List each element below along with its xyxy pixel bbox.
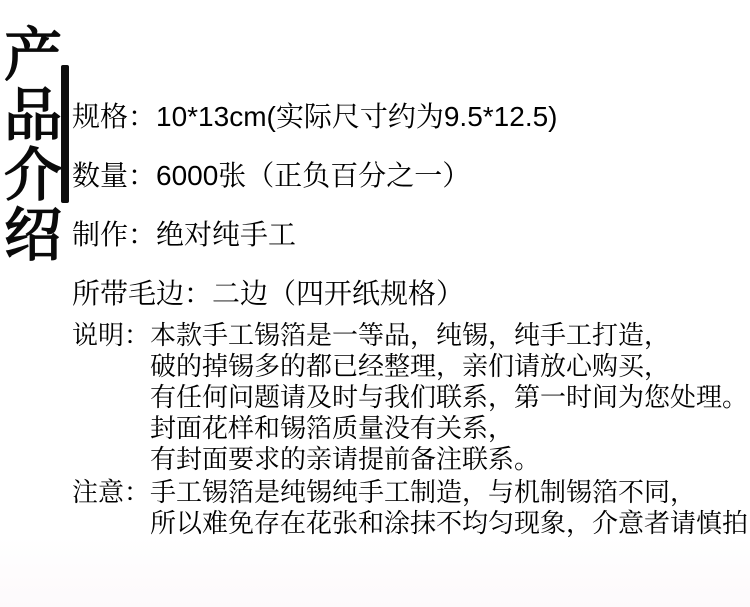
spec-size-label: 规格： <box>72 101 156 132</box>
spec-quantity: 数量：6000张（正负百分之一） <box>72 159 746 193</box>
description-block: 说明： 本款手工锡箔是一等品，纯锡，纯手工打造， 破的掉锡多的都已经整理，亲们请… <box>72 320 746 475</box>
title-char-1: 产 <box>2 26 64 86</box>
spec-craft-value: 绝对纯手工 <box>156 219 296 250</box>
notice-lines: 手工锡箔是纯锡纯手工制造，与机制锡箔不同， 所以难免存在花张和涂抹不均匀现象，介… <box>150 477 748 539</box>
spec-craft-label: 制作： <box>72 219 156 250</box>
description-line: 封面花样和锡箔质量没有关系， <box>150 413 748 444</box>
title-char-4: 绍 <box>2 206 64 266</box>
spec-quantity-value: 6000张（正负百分之一） <box>156 160 470 191</box>
notice-line: 所以难免存在花张和涂抹不均匀现象，介意者请慎拍 <box>150 508 748 539</box>
vertical-title: 产 品 介 绍 <box>2 26 64 266</box>
product-intro-panel: 产 品 介 绍 规格：10*13cm(实际尺寸约为9.5*12.5) 数量：60… <box>0 0 750 607</box>
description-line: 有任何问题请及时与我们联系，第一时间为您处理。 <box>150 382 748 413</box>
spec-size-value: 10*13cm(实际尺寸约为9.5*12.5) <box>156 101 557 132</box>
description-label: 说明： <box>72 320 150 351</box>
notice-block: 注意： 手工锡箔是纯锡纯手工制造，与机制锡箔不同， 所以难免存在花张和涂抹不均匀… <box>72 477 746 539</box>
notice-line: 手工锡箔是纯锡纯手工制造，与机制锡箔不同， <box>150 477 748 508</box>
description-line: 破的掉锡多的都已经整理，亲们请放心购买， <box>150 351 748 382</box>
notice-label: 注意： <box>72 477 150 508</box>
title-char-3: 介 <box>2 146 64 206</box>
spec-craft: 制作：绝对纯手工 <box>72 218 746 252</box>
spec-edges: 所带毛边：二边（四开纸规格） <box>72 277 746 311</box>
spec-size: 规格：10*13cm(实际尺寸约为9.5*12.5) <box>72 100 746 134</box>
product-details: 规格：10*13cm(实际尺寸约为9.5*12.5) 数量：6000张（正负百分… <box>72 0 746 539</box>
spec-quantity-label: 数量： <box>72 160 156 191</box>
vertical-divider <box>61 65 69 203</box>
bottom-tint <box>0 537 750 607</box>
description-lines: 本款手工锡箔是一等品，纯锡，纯手工打造， 破的掉锡多的都已经整理，亲们请放心购买… <box>150 320 748 475</box>
description-line: 本款手工锡箔是一等品，纯锡，纯手工打造， <box>150 320 748 351</box>
description-line: 有封面要求的亲请提前备注联系。 <box>150 444 748 475</box>
spec-edges-value: 二边（四开纸规格） <box>212 278 464 309</box>
spec-edges-label: 所带毛边： <box>72 278 212 309</box>
title-char-2: 品 <box>2 86 64 146</box>
